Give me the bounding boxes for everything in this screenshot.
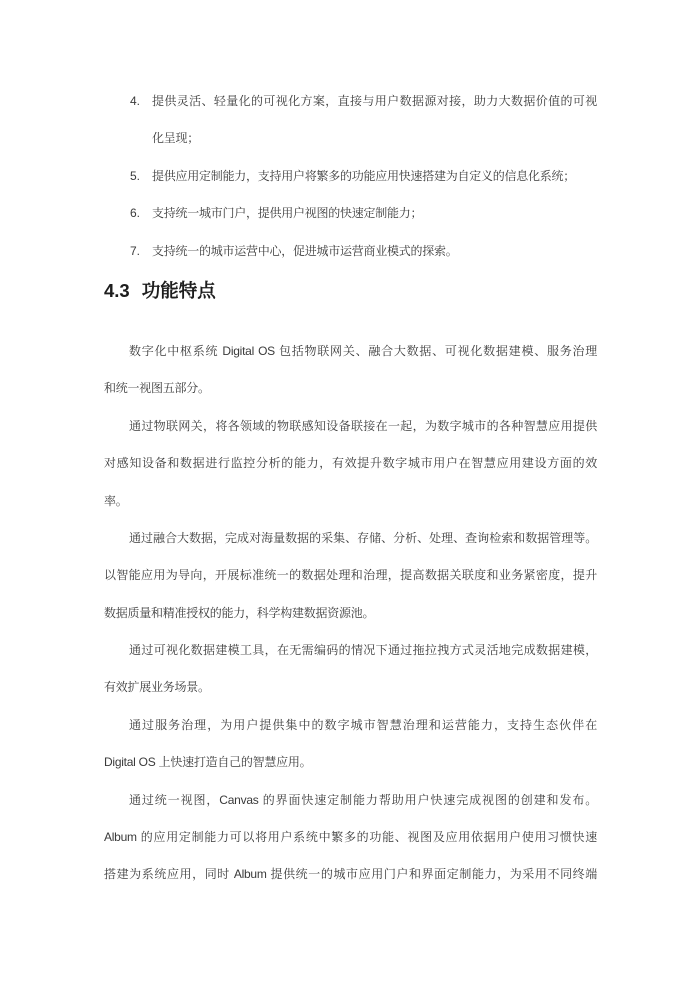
list-item-text: 支持统一城市门户，提供用户视图的快速定制能力；: [152, 195, 597, 232]
text-line: 支持统一城市门户，提供用户视图的快速定制能力；: [152, 195, 597, 232]
document-page: 4.提供灵活、轻量化的可视化方案，直接与用户数据源对接，助力大数据价值的可视化呈…: [0, 0, 700, 990]
text-line: 数据质量和精准授权的能力，科学构建数据资源池。: [104, 595, 597, 632]
list-item: 4.提供灵活、轻量化的可视化方案，直接与用户数据源对接，助力大数据价值的可视化呈…: [104, 83, 597, 158]
text-line: 提供灵活、轻量化的可视化方案，直接与用户数据源对接，助力大数据价值的可视: [152, 83, 597, 120]
list-item: 5.提供应用定制能力，支持用户将繁多的功能应用快速搭建为自定义的信息化系统；: [104, 158, 597, 195]
paragraph: 通过物联网关，将各领域的物联感知设备联接在一起，为数字城市的各种智慧应用提供对感…: [104, 408, 597, 520]
text-line: 数字化中枢系统 Digital OS 包括物联网关、融合大数据、可视化数据建模、…: [104, 333, 597, 370]
page-content: 4.提供灵活、轻量化的可视化方案，直接与用户数据源对接，助力大数据价值的可视化呈…: [104, 0, 597, 894]
list-item: 7.支持统一的城市运营中心，促进城市运营商业模式的探索。: [104, 233, 597, 270]
text-line: Digital OS 上快速打造自己的智慧应用。: [104, 744, 597, 781]
text-line: 和统一视图五部分。: [104, 370, 597, 407]
numbered-list: 4.提供灵活、轻量化的可视化方案，直接与用户数据源对接，助力大数据价值的可视化呈…: [104, 83, 597, 270]
text-line: 率。: [104, 483, 597, 520]
list-item-text: 提供应用定制能力，支持用户将繁多的功能应用快速搭建为自定义的信息化系统；: [152, 158, 597, 195]
list-item-number: 4.: [104, 83, 152, 120]
list-item-number: 6.: [104, 195, 152, 232]
text-line: 对感知设备和数据进行监控分析的能力，有效提升数字城市用户在智慧应用建设方面的效: [104, 445, 597, 482]
text-line: 通过融合大数据，完成对海量数据的采集、存储、分析、处理、查询检索和数据管理等。: [104, 520, 597, 557]
text-line: 通过服务治理，为用户提供集中的数字城市智慧治理和运营能力，支持生态伙伴在: [104, 707, 597, 744]
paragraph: 数字化中枢系统 Digital OS 包括物联网关、融合大数据、可视化数据建模、…: [104, 333, 597, 408]
paragraph: 通过统一视图，Canvas 的界面快速定制能力帮助用户快速完成视图的创建和发布。…: [104, 782, 597, 894]
section-number: 4.3: [104, 276, 130, 306]
text-line: 以智能应用为导向，开展标准统一的数据处理和治理，提高数据关联度和业务紧密度，提升: [104, 557, 597, 594]
body-paragraphs: 数字化中枢系统 Digital OS 包括物联网关、融合大数据、可视化数据建模、…: [104, 333, 597, 894]
list-item-text: 支持统一的城市运营中心，促进城市运营商业模式的探索。: [152, 233, 597, 270]
list-item-number: 5.: [104, 158, 152, 195]
list-item: 6.支持统一城市门户，提供用户视图的快速定制能力；: [104, 195, 597, 232]
text-line: 支持统一的城市运营中心，促进城市运营商业模式的探索。: [152, 233, 597, 270]
text-line: 通过可视化数据建模工具，在无需编码的情况下通过拖拉拽方式灵活地完成数据建模，: [104, 632, 597, 669]
section-title: 功能特点: [142, 276, 216, 306]
text-line: Album 的应用定制能力可以将用户系统中繁多的功能、视图及应用依据用户使用习惯…: [104, 819, 597, 856]
text-line: 通过物联网关，将各领域的物联感知设备联接在一起，为数字城市的各种智慧应用提供: [104, 408, 597, 445]
paragraph: 通过服务治理，为用户提供集中的数字城市智慧治理和运营能力，支持生态伙伴在Digi…: [104, 707, 597, 782]
list-item-number: 7.: [104, 233, 152, 270]
list-item-text: 提供灵活、轻量化的可视化方案，直接与用户数据源对接，助力大数据价值的可视化呈现；: [152, 83, 597, 158]
text-line: 化呈现；: [152, 120, 597, 157]
paragraph: 通过融合大数据，完成对海量数据的采集、存储、分析、处理、查询检索和数据管理等。以…: [104, 520, 597, 632]
paragraph: 通过可视化数据建模工具，在无需编码的情况下通过拖拉拽方式灵活地完成数据建模，有效…: [104, 632, 597, 707]
text-line: 搭建为系统应用，同时 Album 提供统一的城市应用门户和界面定制能力，为采用不…: [104, 856, 597, 893]
section-heading: 4.3 功能特点: [104, 276, 597, 306]
text-line: 提供应用定制能力，支持用户将繁多的功能应用快速搭建为自定义的信息化系统；: [152, 158, 597, 195]
text-line: 有效扩展业务场景。: [104, 669, 597, 706]
text-line: 通过统一视图，Canvas 的界面快速定制能力帮助用户快速完成视图的创建和发布。: [104, 782, 597, 819]
